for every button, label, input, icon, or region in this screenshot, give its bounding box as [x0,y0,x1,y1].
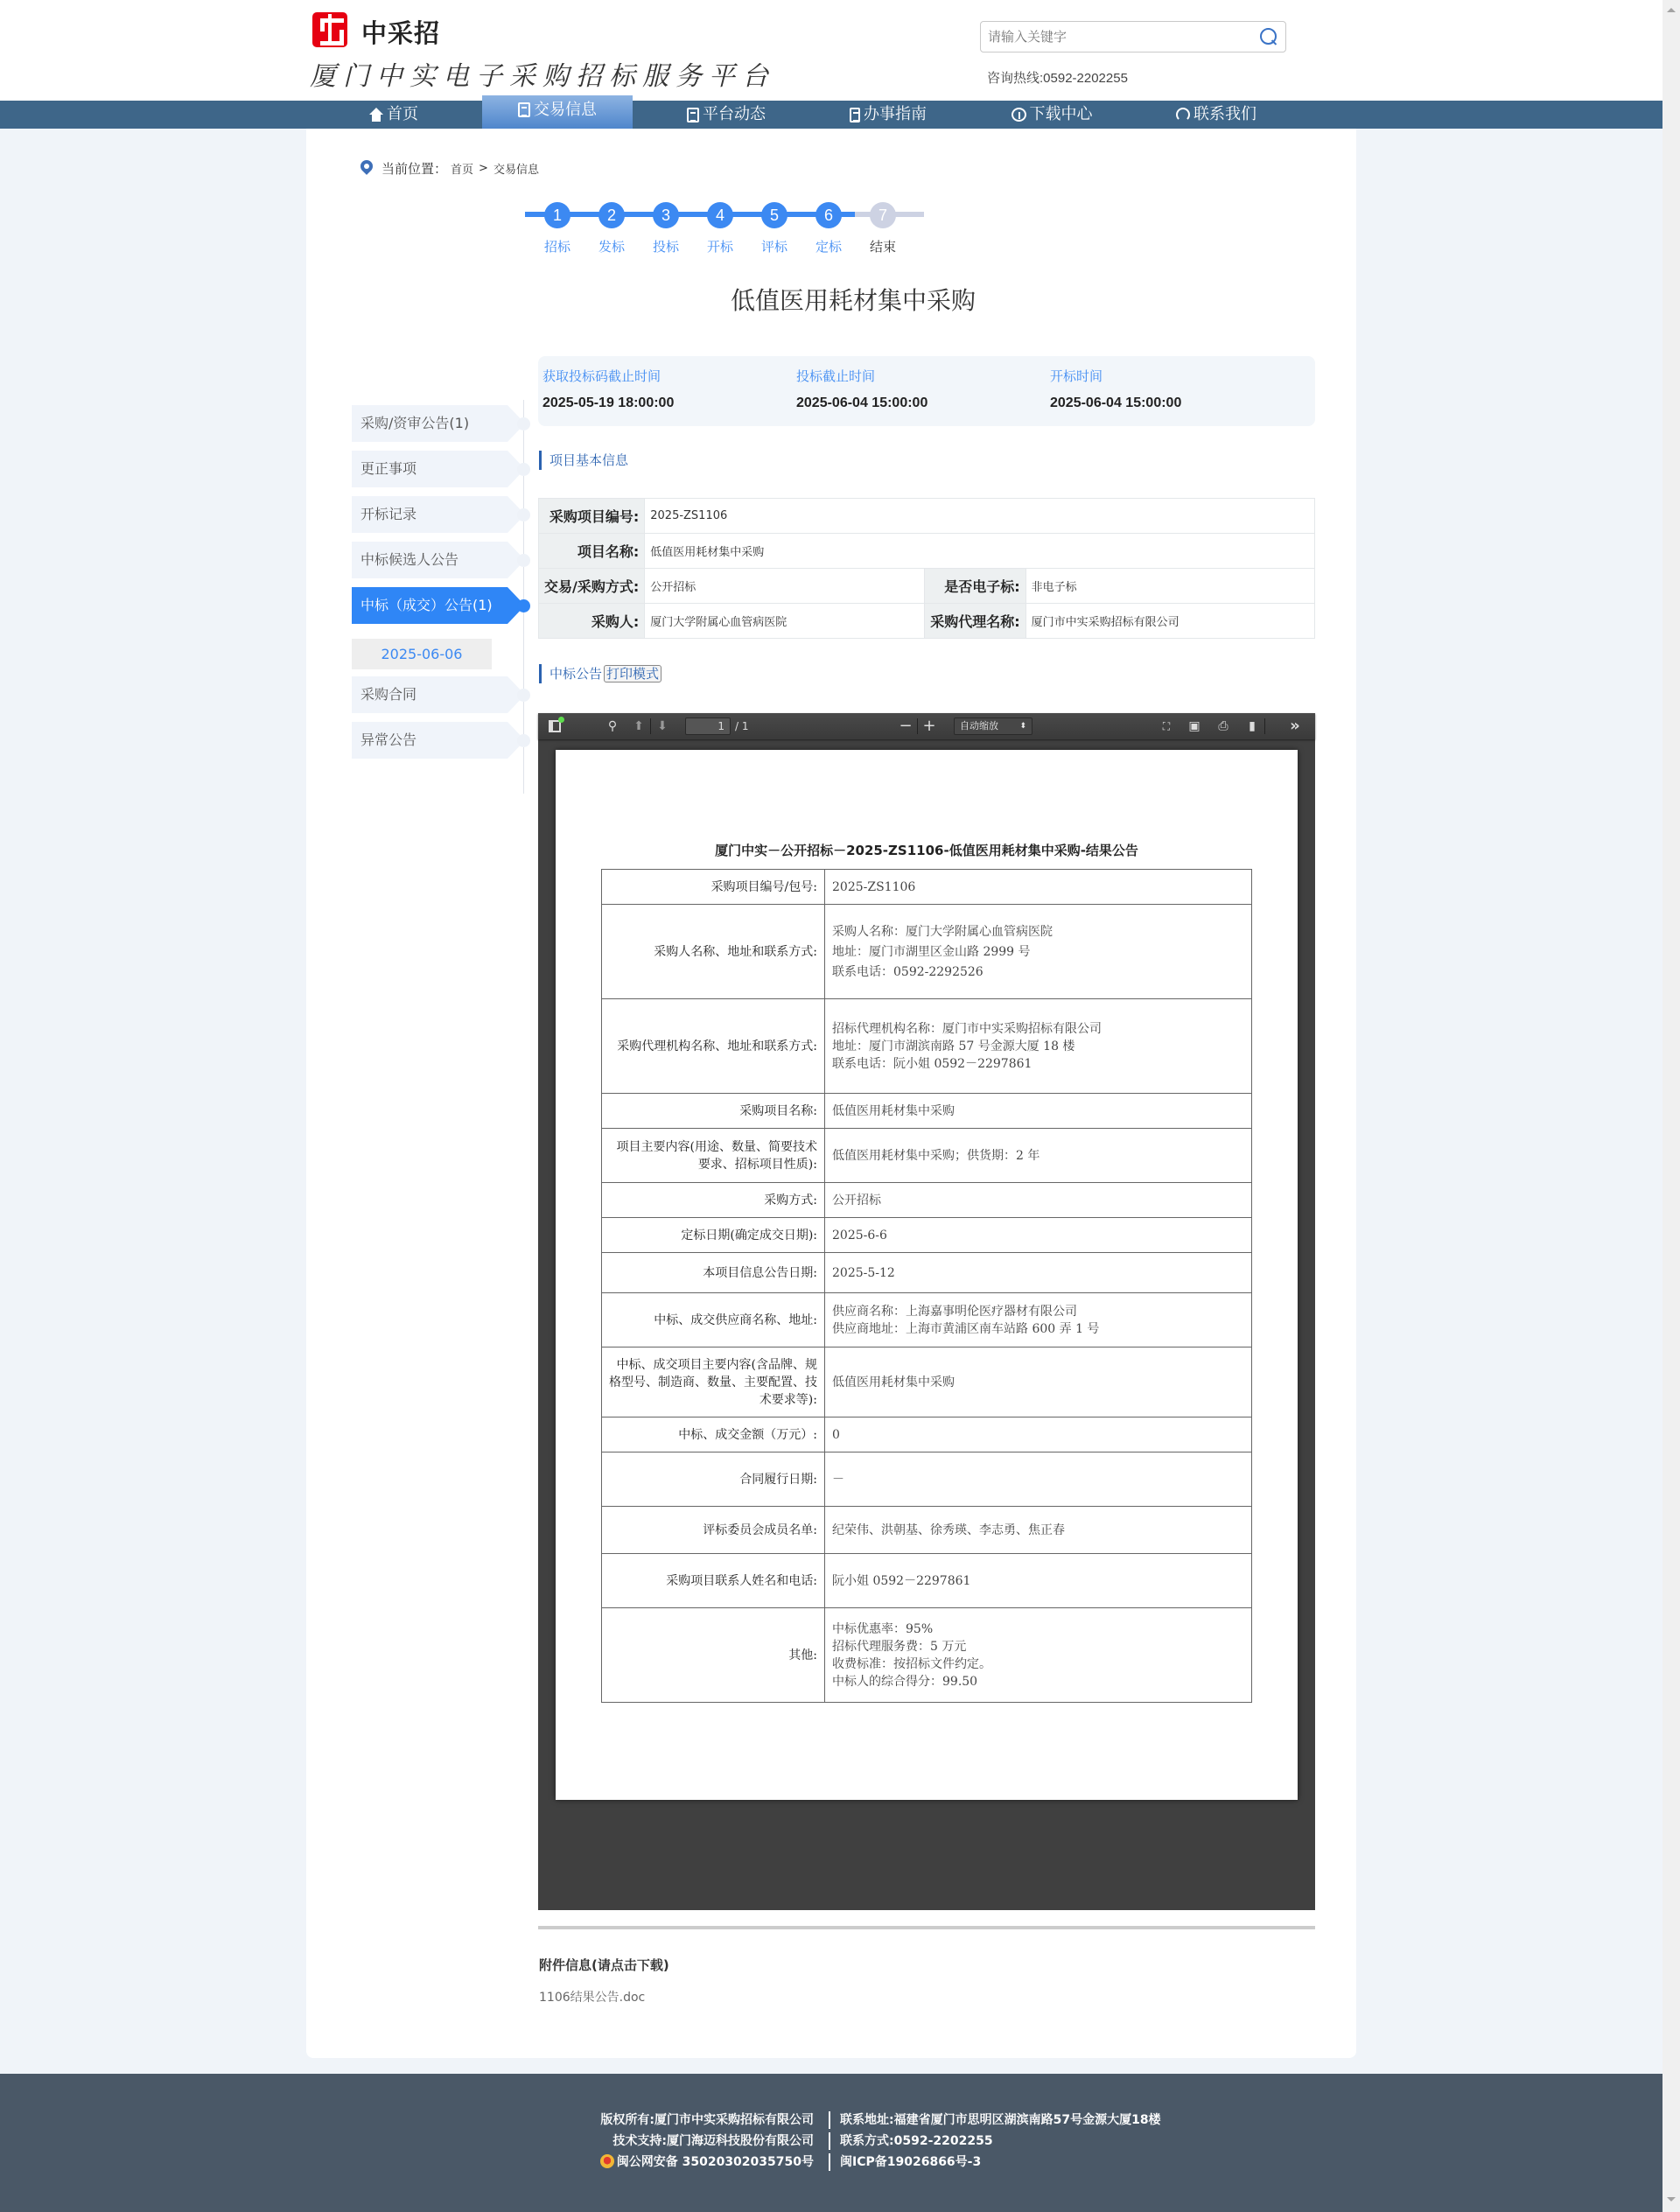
tools-menu-icon[interactable]: » [1286,717,1304,735]
sidebar-item[interactable]: 中标（成交）公告(1) [352,587,507,624]
doc-field-label: 合同履行日期: [602,1452,825,1507]
agent-value: 厦门市中实采购招标有限公司 [1025,604,1314,639]
step-6: 6定标 [815,202,842,228]
timeline-dot [517,417,530,430]
presentation-mode-icon[interactable]: ⛶ [1158,717,1175,735]
project-name-value: 低值医用耗材集中采购 [645,534,1315,569]
select-arrow-icon: ⬍ [1019,718,1026,734]
result-notice-table: 采购项目编号/包号:2025-ZS1106采购人名称、地址和联系方式:采购人名称… [601,869,1252,1703]
doc-field-label: 中标、成交金额（万元）: [602,1417,825,1452]
time-bid-code-deadline: 获取投标码截止时间 2025-05-19 18:00:00 [542,367,674,411]
document-icon [518,102,530,117]
open-file-icon[interactable]: ▣ [1186,717,1203,735]
doc-value-line: 中标人的综合得分：99.50 [832,1673,1244,1690]
doc-table-row: 合同履行日期:－ [602,1452,1252,1507]
brand-name[interactable]: 中采招 [361,14,440,50]
doc-field-label: 采购项目编号/包号: [602,870,825,905]
step-number: 6 [815,202,842,228]
page-scrollbar[interactable] [1662,0,1680,2212]
step-number: 3 [653,202,679,228]
nav-item-contact[interactable]: 联系我们 [1164,101,1269,129]
footer-contact: 联系方式:0592-2202255 [840,2131,993,2149]
footer-tech-support: 技术支持:厦门海迈科技股份有限公司 [612,2131,814,2149]
doc-value-line: 联系电话：0592-2292526 [832,963,1244,981]
time-value: 2025-05-19 18:00:00 [542,395,674,411]
divider [538,1926,1315,1929]
doc-field-value: 纪荣伟、洪朝基、徐秀瑛、李志勇、焦正春 [825,1507,1252,1554]
nav-item-guide[interactable]: 办事指南 [836,101,941,129]
doc-field-value: － [825,1452,1252,1507]
electronic-value: 非电子标 [1025,569,1314,604]
doc-field-value: 招标代理机构名称：厦门市中实采购招标有限公司地址：厦门市湖滨南路 57 号金源大… [825,999,1252,1094]
step-label: 招标 [531,237,584,255]
doc-value-line: 0 [832,1426,1244,1444]
doc-field-label: 评标委员会成员名单: [602,1507,825,1554]
time-value: 2025-06-04 15:00:00 [796,395,927,411]
step-label: 开标 [694,237,746,255]
doc-value-line: － [832,1471,1244,1488]
main-content: 当前位置： 首页 > 交易信息 1招标2发标3投标4开标5评标6定标7结束 低值… [306,129,1356,2058]
method-label: 交易/采购方式: [539,569,645,604]
hotline: 咨询热线:0592-2202255 [987,68,1128,87]
step-4: 4开标 [707,202,733,228]
nav-label: 下载中心 [1030,101,1093,129]
step-5: 5评标 [761,202,787,228]
agent-label: 采购代理名称: [925,604,1025,639]
step-number: 1 [544,202,570,228]
search-input[interactable] [988,22,1250,52]
location-pin-icon [360,160,373,178]
download-icon [1011,108,1026,122]
section-notice: 中标公告打印模式 [539,664,661,683]
nav-item-trade-info[interactable]: 交易信息 [482,95,633,129]
doc-table-row: 采购项目编号/包号:2025-ZS1106 [602,870,1252,905]
doc-value-line: 招标代理服务费：5 万元 [832,1638,1244,1655]
doc-title: 厦门中实－公开招标－2025-ZS1106-低值医用耗材集中采购-结果公告 [556,841,1298,859]
breadcrumb-prefix: 当前位置： [381,159,447,178]
doc-value-line: 公开招标 [832,1192,1244,1209]
time-value: 2025-06-04 15:00:00 [1050,395,1181,411]
pdf-viewer: ⚲ ⬆ ⬇ 1 / 1 − + 自动缩放⬍ ⛶ ▣ ⎙ ▮ » 厦门中实－公开招… [538,713,1315,1910]
electronic-label: 是否电子标: [925,569,1025,604]
timeline-dot [517,554,530,567]
footer-copyright: 版权所有:厦门市中实采购招标有限公司 [600,2110,814,2128]
doc-field-label: 采购代理机构名称、地址和联系方式: [602,999,825,1094]
method-value: 公开招标 [645,569,925,604]
home-icon [369,108,383,122]
sidebar-item[interactable]: 更正事项 [352,451,507,487]
doc-value-line: 纪荣伟、洪朝基、徐秀瑛、李志勇、焦正春 [832,1522,1244,1539]
footer-police-record[interactable]: 闽公网安备 35020302035750号 [600,2152,814,2170]
doc-value-line: 收费标准：按招标文件约定。 [832,1655,1244,1673]
attachments-title: 附件信息(请点击下载) [539,1956,669,1974]
doc-value-line: 2025-ZS1106 [832,878,1244,896]
sidebar-item[interactable]: 采购/资审公告(1) [352,405,507,442]
doc-value-line: 2025-5-12 [832,1264,1244,1282]
footer-row: 版权所有:厦门市中实采购招标有限公司 联系地址:福建省厦门市思明区湖滨南路57号… [0,2110,1662,2130]
step-label: 结束 [857,237,909,255]
buyer-value: 厦门大学附属心血管病医院 [645,604,925,639]
doc-value-line: 地址：厦门市湖滨南路 57 号金源大厦 18 楼 [832,1038,1244,1055]
next-page-icon[interactable]: ⬇ [654,717,671,735]
sidebar-item[interactable]: 异常公告 [352,722,507,759]
doc-table-row: 定标日期(确定成交日期):2025-6-6 [602,1218,1252,1253]
step-number: 5 [761,202,787,228]
time-label: 获取投标码截止时间 [542,367,674,385]
doc-field-value: 2025-ZS1106 [825,870,1252,905]
bookmark-icon[interactable]: ▮ [1243,717,1261,735]
platform-title: 厦门中实电子采购招标服务平台 [310,54,775,93]
doc-table-row: 采购方式:公开招标 [602,1183,1252,1218]
doc-value-line: 2025-6-6 [832,1227,1244,1244]
doc-value-line: 低值医用耗材集中采购 [832,1102,1244,1120]
nav-item-home[interactable]: 首页 [350,101,437,129]
timeline-dot [517,689,530,702]
zoom-out-icon[interactable]: − [897,717,914,735]
sidebar-sub-date[interactable]: 2025-06-06 [352,639,492,669]
notice-title: 中标公告 [549,666,602,682]
progress-steps: 1招标2发标3投标4开标5评标6定标7结束 [525,202,1137,255]
headset-icon [1176,108,1190,122]
doc-field-label: 项目主要内容(用途、数量、简要技术要求、招标项目性质): [602,1129,825,1183]
doc-table-row: 采购项目联系人姓名和电话:阮小姐 0592－2297861 [602,1554,1252,1608]
doc-field-value: 2025-6-6 [825,1218,1252,1253]
doc-field-value: 低值医用耗材集中采购 [825,1347,1252,1417]
police-record-text: 闽公网安备 35020302035750号 [617,2155,814,2169]
find-icon[interactable]: ⚲ [604,717,621,735]
search-icon[interactable] [1259,27,1278,46]
logo-icon[interactable] [312,12,347,47]
doc-table-row: 评标委员会成员名单:纪荣伟、洪朝基、徐秀瑛、李志勇、焦正春 [602,1507,1252,1554]
footer-row: 闽公网安备 35020302035750号 闽ICP备19026866号-3 [0,2152,1662,2172]
doc-table-row: 中标、成交项目主要内容(含品牌、规格型号、制造商、数量、主要配置、技术要求等):… [602,1347,1252,1417]
doc-value-line: 招标代理机构名称：厦门市中实采购招标有限公司 [832,1020,1244,1038]
sidebar-item[interactable]: 开标记录 [352,496,507,533]
timeline-dot [517,734,530,747]
doc-field-value: 低值医用耗材集中采购；供货期：2 年 [825,1129,1252,1183]
doc-table-row: 其他:中标优惠率：95%招标代理服务费：5 万元收费标准：按招标文件约定。中标人… [602,1608,1252,1703]
step-3: 3投标 [653,202,679,228]
nav-item-platform-news[interactable]: 平台动态 [674,101,779,129]
pdf-page: 厦门中实－公开招标－2025-ZS1106-低值医用耗材集中采购-结果公告 采购… [556,750,1298,1800]
project-no-value: 2025-ZS1106 [645,499,1315,534]
zoom-in-icon[interactable]: + [920,717,938,735]
site-header: 中采招 厦门中实电子采购招标服务平台 咨询热线:0592-2202255 [0,0,1662,101]
time-panel: 获取投标码截止时间 2025-05-19 18:00:00 投标截止时间 202… [538,356,1315,426]
doc-value-line: 供应商地址：上海市黄浦区南车站路 600 弄 1 号 [832,1320,1244,1338]
sidebar-item[interactable]: 中标候选人公告 [352,542,507,578]
doc-field-label: 本项目信息公告日期: [602,1253,825,1293]
doc-field-label: 其他: [602,1608,825,1703]
project-title: 低值医用耗材集中采购 [306,282,1356,317]
doc-table-row: 采购代理机构名称、地址和联系方式:招标代理机构名称：厦门市中实采购招标有限公司地… [602,999,1252,1094]
doc-field-label: 中标、成交项目主要内容(含品牌、规格型号、制造商、数量、主要配置、技术要求等): [602,1347,825,1417]
step-7: 7结束 [870,202,896,228]
news-icon [687,108,699,122]
doc-table-row: 采购人名称、地址和联系方式:采购人名称：厦门大学附属心血管病医院地址：厦门市湖里… [602,905,1252,999]
basic-info-table: 采购项目编号: 2025-ZS1106 项目名称: 低值医用耗材集中采购 交易/… [538,498,1315,639]
step-2: 2发标 [598,202,625,228]
project-no-label: 采购项目编号: [539,499,645,534]
doc-table-row: 本项目信息公告日期:2025-5-12 [602,1253,1252,1293]
step-number: 2 [598,202,625,228]
doc-value-line: 供应商名称：上海嘉事明伦医疗器材有限公司 [832,1303,1244,1320]
step-label: 发标 [585,237,638,255]
doc-value-line: 低值医用耗材集中采购 [832,1374,1244,1391]
doc-table-row: 项目主要内容(用途、数量、简要技术要求、招标项目性质):低值医用耗材集中采购；供… [602,1129,1252,1183]
time-label: 投标截止时间 [796,367,927,385]
doc-value-line: 联系电话：阮小姐 0592－2297861 [832,1055,1244,1073]
doc-field-label: 采购方式: [602,1183,825,1218]
footer-address: 联系地址:福建省厦门市思明区湖滨南路57号金源大厦18楼 [840,2110,1161,2128]
doc-value-line: 中标优惠率：95% [832,1620,1244,1638]
step-label: 投标 [640,237,692,255]
timeline-dot [517,508,530,521]
sidebar-toggle-icon[interactable] [549,720,561,732]
scroll-down-icon[interactable] [1667,2197,1676,2201]
doc-table-row: 中标、成交供应商名称、地址:供应商名称：上海嘉事明伦医疗器材有限公司供应商地址：… [602,1293,1252,1347]
doc-field-label: 采购项目联系人姓名和电话: [602,1554,825,1608]
time-opening: 开标时间 2025-06-04 15:00:00 [1050,367,1181,411]
page-number-input[interactable]: 1 [685,717,731,735]
time-label: 开标时间 [1050,367,1181,385]
print-mode-button[interactable]: 打印模式 [604,665,661,682]
site-footer: 版权所有:厦门市中实采购招标有限公司 联系地址:福建省厦门市思明区湖滨南路57号… [0,2074,1662,2212]
doc-field-value: 公开招标 [825,1183,1252,1218]
doc-table-row: 中标、成交金额（万元）:0 [602,1417,1252,1452]
doc-value-line: 地址：厦门市湖里区金山路 2999 号 [832,943,1244,961]
nav-label: 办事指南 [864,101,927,129]
doc-field-label: 中标、成交供应商名称、地址: [602,1293,825,1347]
timeline-dot [517,463,530,476]
doc-field-label: 定标日期(确定成交日期): [602,1218,825,1253]
step-label: 评标 [748,237,801,255]
previous-page-icon[interactable]: ⬆ [630,717,647,735]
sidebar-item[interactable]: 采购合同 [352,676,507,713]
main-nav: 首页 交易信息 平台动态 办事指南 下载中心 联系我们 [0,101,1662,129]
doc-field-label: 采购项目名称: [602,1094,825,1129]
print-icon[interactable]: ⎙ [1214,717,1232,735]
doc-field-value: 0 [825,1417,1252,1452]
doc-field-value: 阮小姐 0592－2297861 [825,1554,1252,1608]
nav-label: 平台动态 [703,101,766,129]
breadcrumb-current[interactable]: 交易信息 [493,160,539,177]
project-name-label: 项目名称: [539,534,645,569]
breadcrumb-separator: > [479,162,488,175]
doc-field-value: 中标优惠率：95%招标代理服务费：5 万元收费标准：按招标文件约定。中标人的综合… [825,1608,1252,1703]
doc-table-row: 采购项目名称:低值医用耗材集中采购 [602,1094,1252,1129]
police-badge-icon [600,2154,614,2168]
search-box [980,21,1286,52]
doc-field-value: 2025-5-12 [825,1253,1252,1293]
footer-icp[interactable]: 闽ICP备19026866号-3 [840,2152,981,2170]
nav-item-download[interactable]: 下载中心 [999,101,1104,129]
zoom-select[interactable]: 自动缩放⬍ [954,717,1032,735]
step-number: 4 [707,202,733,228]
attachment-link[interactable]: 1106结果公告.doc [539,1988,645,2005]
breadcrumb: 当前位置： 首页 > 交易信息 [360,159,539,178]
section-basic-info: 项目基本信息 [539,451,628,470]
breadcrumb-home[interactable]: 首页 [451,160,473,177]
doc-value-line: 阮小姐 0592－2297861 [832,1572,1244,1590]
doc-field-value: 采购人名称：厦门大学附属心血管病医院地址：厦门市湖里区金山路 2999 号联系电… [825,905,1252,999]
nav-label: 联系我们 [1193,101,1256,129]
page-count: / 1 [735,717,749,735]
step-label: 定标 [802,237,855,255]
doc-value-line: 低值医用耗材集中采购；供货期：2 年 [832,1147,1244,1165]
doc-field-label: 采购人名称、地址和联系方式: [602,905,825,999]
buyer-label: 采购人: [539,604,645,639]
pdf-toolbar: ⚲ ⬆ ⬇ 1 / 1 − + 自动缩放⬍ ⛶ ▣ ⎙ ▮ » [538,713,1315,739]
nav-label: 交易信息 [534,99,597,122]
nav-label: 首页 [387,101,418,129]
step-number: 7 [870,202,896,228]
doc-value-line: 采购人名称：厦门大学附属心血管病医院 [832,923,1244,941]
doc-field-value: 供应商名称：上海嘉事明伦医疗器材有限公司供应商地址：上海市黄浦区南车站路 600… [825,1293,1252,1347]
doc-field-value: 低值医用耗材集中采购 [825,1094,1252,1129]
scroll-up-icon[interactable] [1667,8,1676,12]
time-bid-deadline: 投标截止时间 2025-06-04 15:00:00 [796,367,927,411]
footer-row: 技术支持:厦门海迈科技股份有限公司 联系方式:0592-2202255 [0,2131,1662,2151]
timeline-dot [517,599,530,612]
step-1: 1招标 [544,202,570,228]
zoom-value: 自动缩放 [960,720,998,731]
guide-icon [850,108,860,122]
